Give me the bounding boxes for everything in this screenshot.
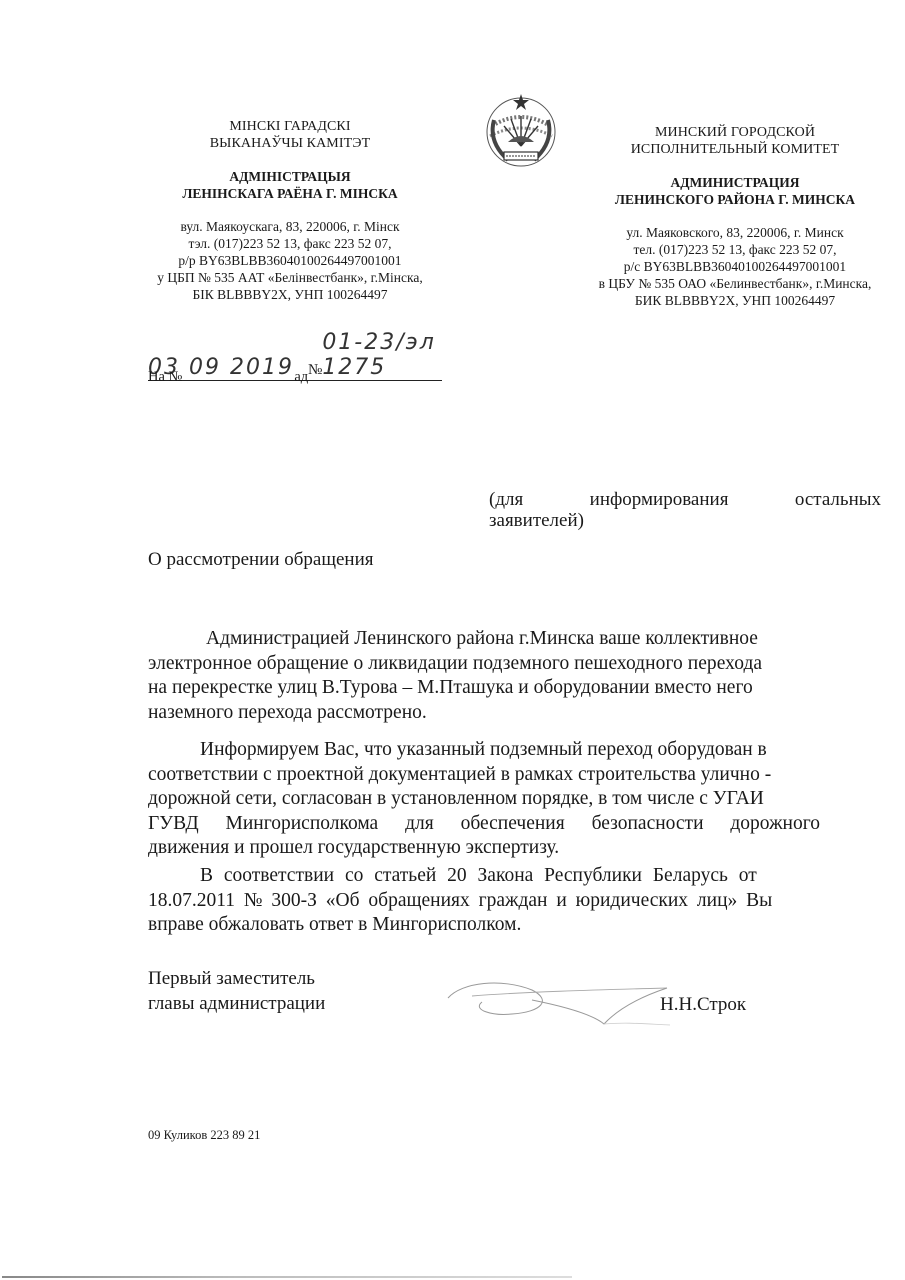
signer-title-line: главы администрации <box>148 991 325 1016</box>
text-line: В соответствии со статьей 20 Закона Респ… <box>148 864 882 889</box>
body-paragraph-1: Администрацией Ленинского района г.Минск… <box>148 627 882 725</box>
text-line: Информируем Вас, что указанный подземный… <box>148 738 882 763</box>
addressee: (для информирования остальных заявителей… <box>489 489 881 531</box>
reply-reference-line: На №ад <box>148 368 402 386</box>
signer-title-line: Первый заместитель <box>148 966 325 991</box>
admin-name-by: АДМІНІСТРАЦЫЯ ЛЕНІНСКАГА РАЁНА Г. МІНСКА <box>140 168 440 202</box>
text-line: дорожной сети, согласован в установленно… <box>148 787 882 812</box>
scan-edge-line <box>2 1276 572 1278</box>
org-name-ru: МИНСКИЙ ГОРОДСКОЙ ИСПОЛНИТЕЛЬНЫЙ КОМИТЕТ <box>575 124 895 158</box>
handwritten-signature-icon <box>442 970 672 1030</box>
addressee-word: информирования <box>590 489 729 510</box>
text-line: наземного перехода рассмотрено. <box>148 701 882 726</box>
addressee-word: (для <box>489 489 523 510</box>
registration-line: 03 09 2019№01-23/эл 1275 <box>148 330 578 364</box>
addressee-word: остальных <box>795 489 881 510</box>
reply-from-blank <box>308 368 402 381</box>
org-name-by: МІНСКІ ГАРАДСКІ ВЫКАНАЎЧЫ КАМІТЭТ <box>140 118 440 152</box>
body-paragraph-3: В соответствии со статьей 20 Закона Респ… <box>148 864 882 938</box>
signer-title: Первый заместитель главы администрации <box>148 966 325 1016</box>
contact-details-by: вул. Маякоускага, 83, 220006, г. Мінск т… <box>140 218 440 303</box>
signer-name: Н.Н.Строк <box>660 994 746 1016</box>
addressee-line2: заявителей) <box>489 510 881 531</box>
body-paragraph-2: Информируем Вас, что указанный подземный… <box>148 738 882 861</box>
reply-from-label: ад <box>294 369 308 385</box>
text-line: соответствии с проектной документацией в… <box>148 763 882 788</box>
admin-name-ru: АДМИНИСТРАЦИЯ ЛЕНИНСКОГО РАЙОНА Г. МИНСК… <box>575 174 895 208</box>
belarus-coat-of-arms-icon <box>478 86 564 172</box>
letterhead-belarusian: МІНСКІ ГАРАДСКІ ВЫКАНАЎЧЫ КАМІТЭТ АДМІНІ… <box>140 118 440 303</box>
text-line: движения и прошел государственную экспер… <box>148 836 882 861</box>
text-line: на перекрестке улиц В.Турова – М.Пташука… <box>148 676 882 701</box>
executor-info: 09 Куликов 223 89 21 <box>148 1128 260 1143</box>
text-line: электронное обращение о ликвидации подзе… <box>148 652 882 677</box>
text-line: Администрацией Ленинского района г.Минск… <box>148 627 882 652</box>
letter-subject: О рассмотрении обращения <box>148 549 374 571</box>
text-line: 18.07.2011 № 300-З «Об обращениях гражда… <box>148 889 882 914</box>
letterhead-russian: МИНСКИЙ ГОРОДСКОЙ ИСПОЛНИТЕЛЬНЫЙ КОМИТЕТ… <box>575 124 895 309</box>
contact-details-ru: ул. Маяковского, 83, 220006, г. Минск те… <box>575 224 895 309</box>
reply-to-blank <box>182 368 294 381</box>
text-line: ГУВД Мингорисполкома для обеспечения без… <box>148 812 882 837</box>
reply-to-label: На № <box>148 369 182 385</box>
text-line: вправе обжаловать ответ в Мингорисполком… <box>148 913 882 938</box>
